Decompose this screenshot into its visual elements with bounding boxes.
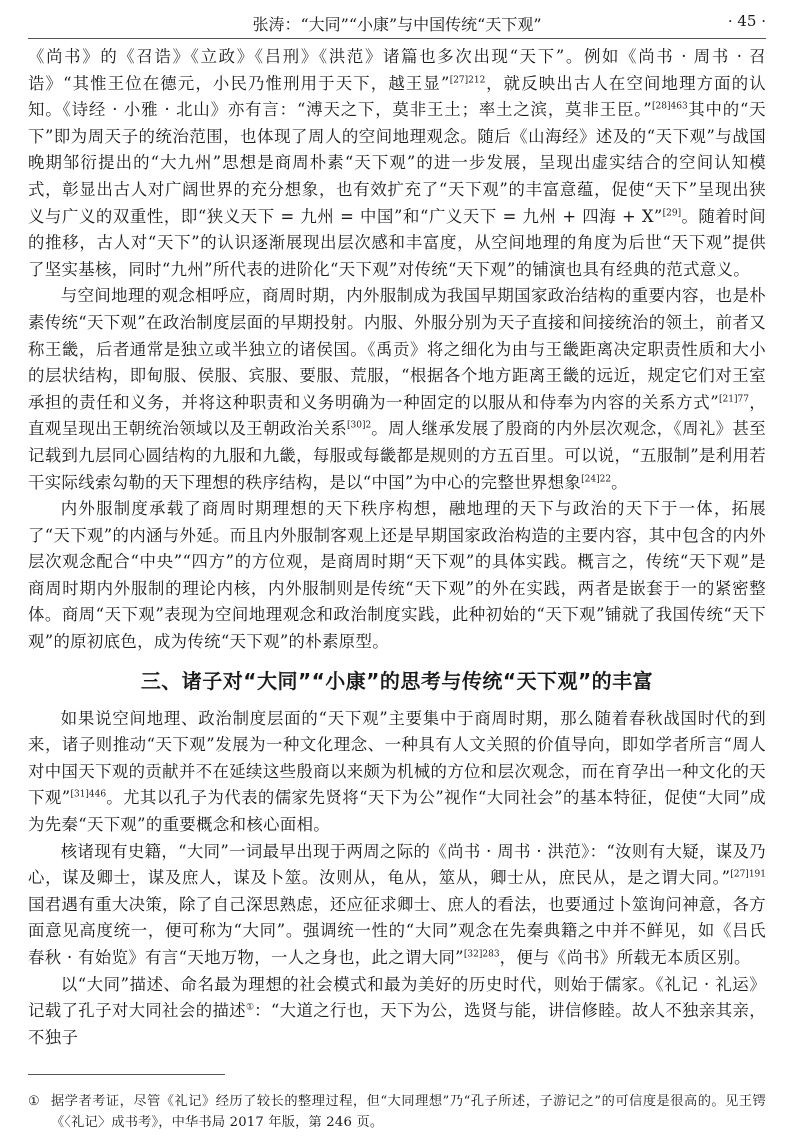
citation-reference: [29] xyxy=(663,208,681,218)
paragraph-group-after-heading: 如果说空间地理、政治制度层面的“天下观”主要集中于商周时期，那么随着春秋战国时代… xyxy=(28,706,766,1052)
body-paragraph: 以“大同”描述、命名最为理想的社会模式和最为美好的历史时代，则始于儒家。《礼记 … xyxy=(28,972,766,1052)
body-paragraph: 内外服制度承载了商周时期理想的天下秩序构想，融地理的天下与政治的天下于一体，拓展… xyxy=(28,496,766,656)
article-body: 《尚书》的《召诰》《立政》《吕刑》《洪范》诸篇也多次出现“天下”。例如《尚书 ·… xyxy=(28,44,766,1051)
page-number: · 45 · xyxy=(728,12,766,30)
citation-reference: [31]446 xyxy=(70,790,106,800)
citation-reference: [32]283 xyxy=(464,950,500,960)
running-title: 张涛：“大同”“小康”与中国传统“天下观” xyxy=(28,12,766,35)
body-paragraph: 《尚书》的《召诰》《立政》《吕刑》《洪范》诸篇也多次出现“天下”。例如《尚书 ·… xyxy=(28,44,766,283)
body-paragraph: 如果说空间地理、政治制度层面的“天下观”主要集中于商周时期，那么随着春秋战国时代… xyxy=(28,706,766,839)
footnote-marker: ① xyxy=(28,1091,40,1112)
paragraph-group-before-heading: 《尚书》的《召诰》《立政》《吕刑》《洪范》诸篇也多次出现“天下”。例如《尚书 ·… xyxy=(28,44,766,656)
citation-reference: [21]77 xyxy=(719,394,749,404)
body-paragraph: 核诸现有史籍，“大同”一词最早出现于两周之际的《尚书 · 周书 · 洪范》：“汝… xyxy=(28,839,766,972)
citation-reference: [27]212 xyxy=(450,75,486,85)
paragraph-text: 核诸现有史籍，“大同”一词最早出现于两周之际的《尚书 · 周书 · 洪范》：“汝… xyxy=(28,842,766,888)
section-heading: 三、诸子对“大同”“小康”的思考与传统“天下观”的丰富 xyxy=(28,666,766,696)
paragraph-text: 。尤其以孔子为代表的儒家先贤将“天下为公”视作“大同社会”的基本特征，促使“大同… xyxy=(28,788,766,834)
body-paragraph: 与空间地理的观念相呼应，商周时期，内外服制成为我国早期国家政治结构的重要内容，也… xyxy=(28,283,766,496)
footnote-divider xyxy=(28,1074,225,1075)
footnote-text: 据学者考证，尽管《礼记》经历了较长的整理过程，但“大同理想”乃“孔子所述，子游记… xyxy=(51,1091,766,1133)
citation-reference: [28]463 xyxy=(652,102,688,112)
paragraph-text: 。 xyxy=(611,473,628,492)
paragraph-text: ，便与《尚书》所载无本质区别。 xyxy=(500,948,751,967)
footnote: ① 据学者考证，尽管《礼记》经历了较长的整理过程，但“大同理想”乃“孔子所述，子… xyxy=(28,1091,766,1133)
citation-reference: [27]191 xyxy=(730,870,766,880)
paragraph-text: 与空间地理的观念相呼应，商周时期，内外服制成为我国早期国家政治结构的重要内容，也… xyxy=(28,286,766,411)
citation-reference: [24]22 xyxy=(581,474,611,484)
paragraph-text: 内外服制度承载了商周时期理想的天下秩序构想，融地理的天下与政治的天下于一体，拓展… xyxy=(28,499,766,651)
citation-reference: ① xyxy=(246,1003,254,1013)
citation-reference: [30]2 xyxy=(347,421,371,431)
running-header: 张涛：“大同”“小康”与中国传统“天下观” · 45 · xyxy=(28,10,766,39)
